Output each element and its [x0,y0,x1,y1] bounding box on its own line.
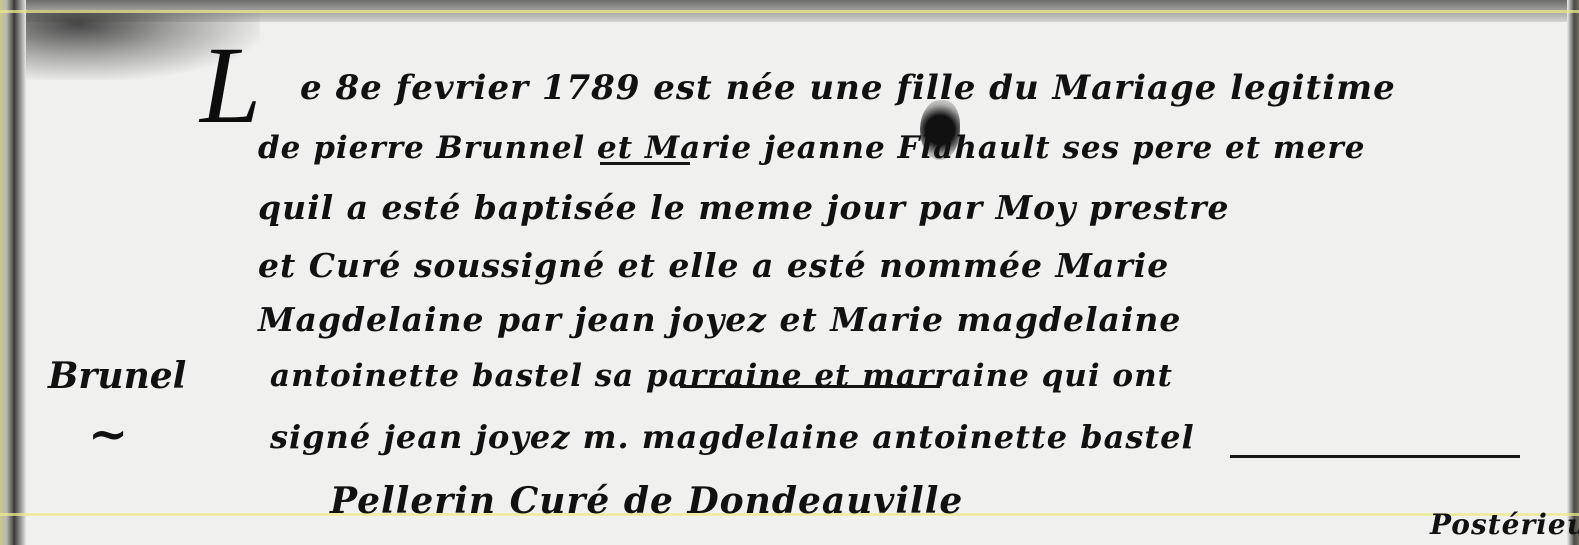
decorative-initial: L [200,30,261,140]
margin-surname: Brunel [48,355,186,397]
entry-line-8-signature: Pellerin Curé de Dondeauville [330,480,963,522]
strikethrough [600,162,690,165]
entry-line-3: quil a esté baptisée le meme jour par Mo… [258,188,1230,227]
entry-line-6: antoinette bastel sa parraine et marrain… [270,358,1173,394]
entry-line-7: signé jean joyez m. magdelaine antoinett… [270,418,1195,456]
right-page-edge [1567,0,1579,545]
left-page-edge [0,0,26,545]
entry-line-1: e 8e fevrier 1789 est née une fille du M… [300,68,1396,108]
next-entry-fragment: Postérieur [1430,508,1579,541]
strikethrough [680,385,940,388]
entry-line-4: et Curé soussigné et elle a esté nommée … [258,246,1169,285]
signature-underline [1230,455,1520,458]
manuscript-scan: L e 8e fevrier 1789 est née une fille du… [0,0,1579,545]
highlight-line-top [0,10,1579,13]
margin-flourish: ~ [88,410,128,458]
entry-line-5: Magdelaine par jean joyez et Marie magde… [258,300,1181,339]
entry-line-2: de pierre Brunnel et Marie jeanne Flahau… [258,130,1365,166]
